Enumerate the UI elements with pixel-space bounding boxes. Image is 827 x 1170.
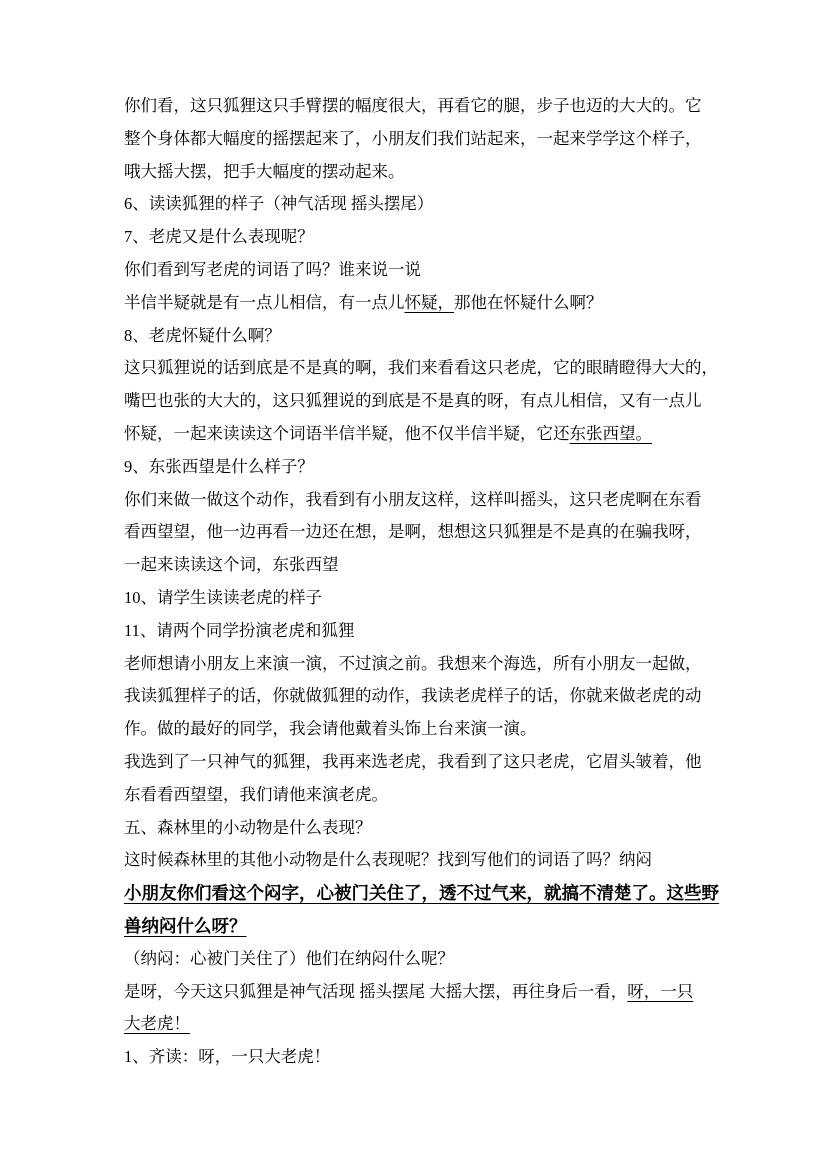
text-segment: 我读狐狸样子的话，你就做狐狸的动作，我读老虎样子的话，你就来做老虎的动 — [124, 686, 702, 705]
text-segment: 你们看到写老虎的词语了吗？谁来说一说 — [124, 260, 421, 279]
text-line: 是呀，今天这只狐狸是神气活现 摇头摆尾 大摇大摆，再往身后一看，呀，一只 — [124, 976, 714, 1009]
text-segment: 你们看，这只狐狸这只手臂摆的幅度很大，再看它的腿，步子也迈的大大的。它 — [124, 96, 702, 115]
text-segment: 怀疑，一起来读读这个词语半信半疑，他不仅半信半疑，它还 — [124, 424, 570, 443]
text-segment: 呀，一只 — [627, 982, 693, 1001]
text-line: 我选到了一只神气的狐狸，我再来选老虎，我看到了这只老虎，它眉头皱着，他 — [124, 746, 714, 779]
text-line: 9、东张西望是什么样子？ — [124, 451, 714, 484]
text-segment: 东看看西望望，我们请他来演老虎。 — [124, 785, 388, 804]
text-line: 哦大摇大摆，把手大幅度的摆动起来。 — [124, 156, 714, 189]
text-segment: 兽纳闷什么呀？ — [124, 916, 247, 936]
text-line: 五、森林里的小动物是什么表现？ — [124, 812, 714, 845]
document-lines: 你们看，这只狐狸这只手臂摆的幅度很大，再看它的腿，步子也迈的大大的。它整个身体都… — [124, 90, 714, 1074]
text-segment: 7、老虎又是什么表现呢？ — [124, 227, 314, 246]
text-segment: 你们来做一做这个动作，我看到有小朋友这样，这样叫摇头，这只老虎啊在东看 — [124, 490, 702, 509]
text-segment: 东张西望。 — [570, 424, 653, 443]
text-segment: （纳闷：心被门关住了）他们在纳闷什么呢？ — [124, 949, 454, 968]
text-segment: 一起来读读这个词，东张西望 — [124, 555, 339, 574]
text-segment: 这时候森林里的其他小动物是什么表现呢？找到写他们的词语了吗？纳闷 — [124, 850, 652, 869]
text-segment: 作。做的最好的同学，我会请他戴着头饰上台来演一演。 — [124, 719, 537, 738]
text-line: 你们看，这只狐狸这只手臂摆的幅度很大，再看它的腿，步子也迈的大大的。它 — [124, 90, 714, 123]
text-segment: 11、请两个同学扮演老虎和狐狸 — [124, 621, 354, 640]
text-segment: 这只狐狸说的话到底是不是真的啊，我们来看看这只老虎，它的眼睛瞪得大大的， — [124, 358, 718, 377]
text-line: 一起来读读这个词，东张西望 — [124, 549, 714, 582]
text-line: 东看看西望望，我们请他来演老虎。 — [124, 779, 714, 812]
text-line: 半信半疑就是有一点儿相信，有一点儿怀疑，那他在怀疑什么啊？ — [124, 287, 714, 320]
text-segment: 半信半疑就是有一点儿相信，有一点儿 — [124, 293, 405, 312]
text-line: 11、请两个同学扮演老虎和狐狸 — [124, 615, 714, 648]
text-segment: 9、东张西望是什么样子？ — [124, 457, 314, 476]
text-line: 7、老虎又是什么表现呢？ — [124, 221, 714, 254]
text-segment: 看西望望，他一边再看一边还在想，是啊，想想这只狐狸是不是真的在骗我呀， — [124, 522, 702, 541]
text-line: 这时候森林里的其他小动物是什么表现呢？找到写他们的词语了吗？纳闷 — [124, 844, 714, 877]
text-segment: 8、老虎怀疑什么啊？ — [124, 326, 281, 345]
text-line: 你们看到写老虎的词语了吗？谁来说一说 — [124, 254, 714, 287]
text-line: 你们来做一做这个动作，我看到有小朋友这样，这样叫摇头，这只老虎啊在东看 — [124, 484, 714, 517]
text-segment: 老师想请小朋友上来演一演，不过演之前。我想来个海选，所有小朋友一起做， — [124, 654, 702, 673]
text-line: 我读狐狸样子的话，你就做狐狸的动作，我读老虎样子的话，你就来做老虎的动 — [124, 680, 714, 713]
text-line: 老师想请小朋友上来演一演，不过演之前。我想来个海选，所有小朋友一起做， — [124, 648, 714, 681]
text-line: 兽纳闷什么呀？ — [124, 910, 714, 943]
text-line: 整个身体都大幅度的摇摆起来了，小朋友们我们站起来，一起来学学这个样子， — [124, 123, 714, 156]
text-segment: 小朋友你们看这个闷字，心被门关住了，透不过气来，就搞不清楚了。这些野 — [124, 883, 719, 903]
text-segment: 怀疑， — [405, 293, 455, 312]
document-page: 你们看，这只狐狸这只手臂摆的幅度很大，再看它的腿，步子也迈的大大的。它整个身体都… — [0, 0, 827, 1170]
text-line: 嘴巴也张的大大的，这只狐狸说的到底是不是真的呀，有点儿相信，又有一点儿 — [124, 385, 714, 418]
text-line: 大老虎！ — [124, 1008, 714, 1041]
text-segment: 10、请学生读读老虎的样子 — [124, 588, 322, 607]
text-line: 这只狐狸说的话到底是不是真的啊，我们来看看这只老虎，它的眼睛瞪得大大的， — [124, 352, 714, 385]
text-line: 6、读读狐狸的样子（神气活现 摇头摆尾） — [124, 188, 714, 221]
text-segment: 整个身体都大幅度的摇摆起来了，小朋友们我们站起来，一起来学学这个样子， — [124, 129, 702, 148]
text-line: 作。做的最好的同学，我会请他戴着头饰上台来演一演。 — [124, 713, 714, 746]
text-line: 怀疑，一起来读读这个词语半信半疑，他不仅半信半疑，它还东张西望。 — [124, 418, 714, 451]
text-segment: 嘴巴也张的大大的，这只狐狸说的到底是不是真的呀，有点儿相信，又有一点儿 — [124, 391, 702, 410]
text-segment: 哦大摇大摆，把手大幅度的摆动起来。 — [124, 162, 405, 181]
text-line: （纳闷：心被门关住了）他们在纳闷什么呢？ — [124, 943, 714, 976]
text-segment: 五、森林里的小动物是什么表现？ — [124, 818, 372, 837]
text-segment: 大老虎！ — [124, 1014, 190, 1033]
text-segment: 1、齐读：呀，一只大老虎！ — [124, 1047, 330, 1066]
text-line: 8、老虎怀疑什么啊？ — [124, 320, 714, 353]
text-segment: 我选到了一只神气的狐狸，我再来选老虎，我看到了这只老虎，它眉头皱着，他 — [124, 752, 702, 771]
text-segment: 那他在怀疑什么啊？ — [454, 293, 603, 312]
text-line: 小朋友你们看这个闷字，心被门关住了，透不过气来，就搞不清楚了。这些野 — [124, 877, 714, 910]
text-segment: 6、读读狐狸的样子（神气活现 摇头摆尾） — [124, 194, 433, 213]
text-segment: 是呀，今天这只狐狸是神气活现 摇头摆尾 大摇大摆，再往身后一看， — [124, 982, 627, 1001]
text-line: 1、齐读：呀，一只大老虎！ — [124, 1041, 714, 1074]
text-line: 10、请学生读读老虎的样子 — [124, 582, 714, 615]
text-line: 看西望望，他一边再看一边还在想，是啊，想想这只狐狸是不是真的在骗我呀， — [124, 516, 714, 549]
